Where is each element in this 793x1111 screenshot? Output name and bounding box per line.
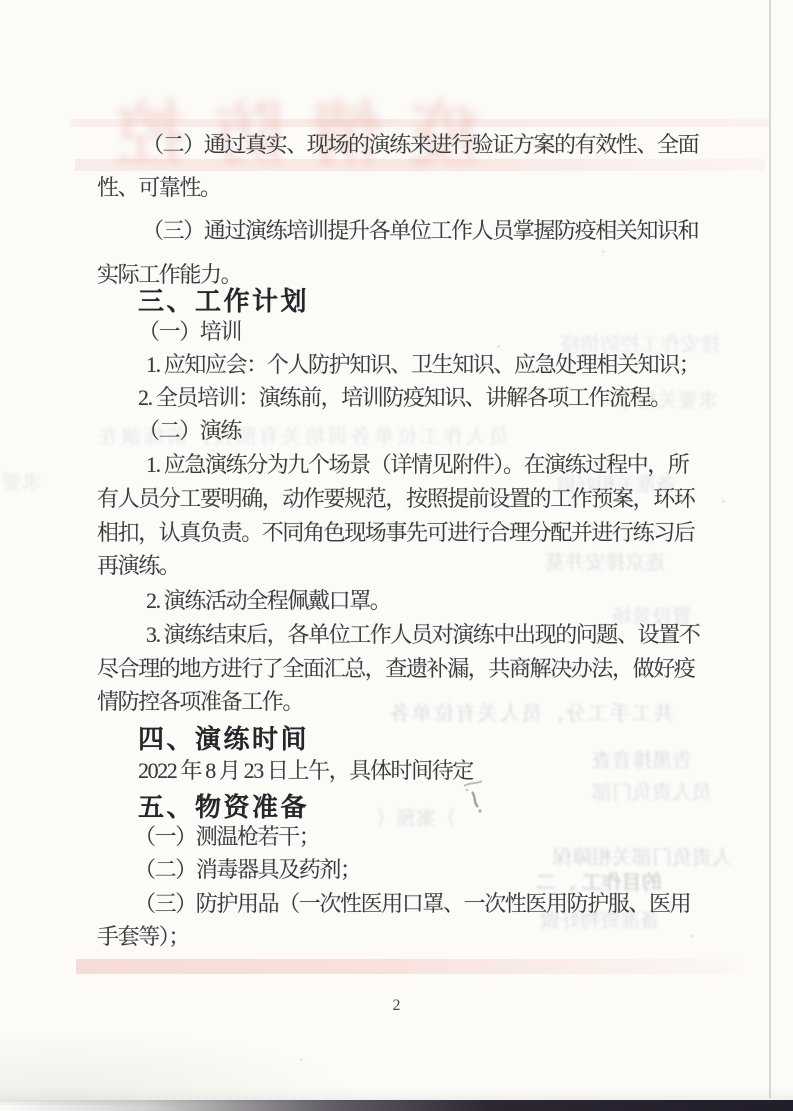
section-heading-work-plan: 三、工作计划: [138, 281, 309, 318]
dust-speck: [690, 935, 693, 938]
bleed-through-text: 连京排安并莫: [545, 546, 665, 575]
paragraph-line: 再演练。: [97, 549, 179, 580]
section-heading-material-prep: 五、物资准备: [138, 787, 309, 824]
scanned-document-page: 疫情防控 排安作工控防情疫 求要关相与 员人作工位单各训培关有照按，前练演在 备…: [0, 0, 793, 1111]
paragraph-line: （二）通过真实、现场的演练来进行验证方案的有效性、全面: [142, 128, 698, 159]
paragraph-line: 2022 年 8 月 23 日上午，具体时间待定: [138, 754, 473, 785]
bleed-through-text: 员人责负门部: [592, 776, 712, 805]
dust-speck: [722, 500, 725, 503]
scanner-streak: [76, 959, 744, 974]
paragraph-line: 相扣，认真负责。不同角色现场事先可进行合理分配并进行练习后: [97, 516, 694, 547]
paragraph-line: （一）测温枪若干；: [134, 820, 319, 851]
paragraph-line: 尽合理的地方进行了全面汇总，查遗补漏，共商解决办法，做好疫: [97, 652, 694, 683]
paragraph-line: （三）通过演练培训提升各单位工作人员掌握防疫相关知识和: [142, 214, 698, 245]
paragraph-line: 有人员分工要明确，动作要规范，按照提前设置的工作预案，环环: [97, 482, 694, 513]
bleed-through-text: 人责负门部关相障保: [552, 841, 732, 870]
paragraph-line: 手套等）；: [97, 920, 189, 951]
ink-smudge: [458, 780, 492, 823]
paragraph-line: 1. 应急演练分为九个场景（详情见附件）。在演练过程中，所: [146, 448, 688, 479]
scan-edge-right: [769, 0, 771, 1098]
dust-speck: [602, 250, 605, 253]
dust-speck: [152, 700, 155, 703]
scanner-streak: [75, 159, 765, 171]
paragraph-line: 1. 应知应会：个人防护知识、卫生知识、应急处理相关知识；: [146, 348, 699, 379]
paragraph-line: （三）防护用品（一次性医用口罩、一次性医用防护服、医用: [134, 887, 690, 918]
page-number: 2: [0, 997, 793, 1015]
bleed-through-text: 告黑排音查: [592, 744, 692, 773]
paragraph-line: （一）培训: [138, 315, 241, 346]
paragraph-line: 情防控各项准备工作。: [97, 685, 303, 716]
scan-edge-bottom: [0, 1100, 793, 1111]
dust-speck: [497, 345, 500, 348]
section-heading-drill-time: 四、演练时间: [138, 719, 309, 756]
bleed-through-text: 求要: [2, 466, 42, 495]
paragraph-line: （二）演练: [138, 414, 241, 445]
paragraph-line: （二）消毒器具及药剂；: [134, 853, 361, 884]
paragraph-line: 2. 全员培训：演练前，培训防疫知识、讲解各项工作流程。: [138, 381, 671, 412]
bleed-through-text: ）案预（: [376, 802, 456, 831]
paragraph-line: 2. 演练活动全程佩戴口罩。: [146, 584, 390, 615]
paragraph-line: 性、可靠性。: [97, 171, 221, 202]
scanner-streak: [70, 119, 770, 127]
bleed-through-text: 共工手工分，员人关有位单各: [388, 697, 674, 726]
paragraph-line: 3. 演练结束后，各单位工作人员对演练中出现的问题、设置不: [146, 618, 699, 649]
